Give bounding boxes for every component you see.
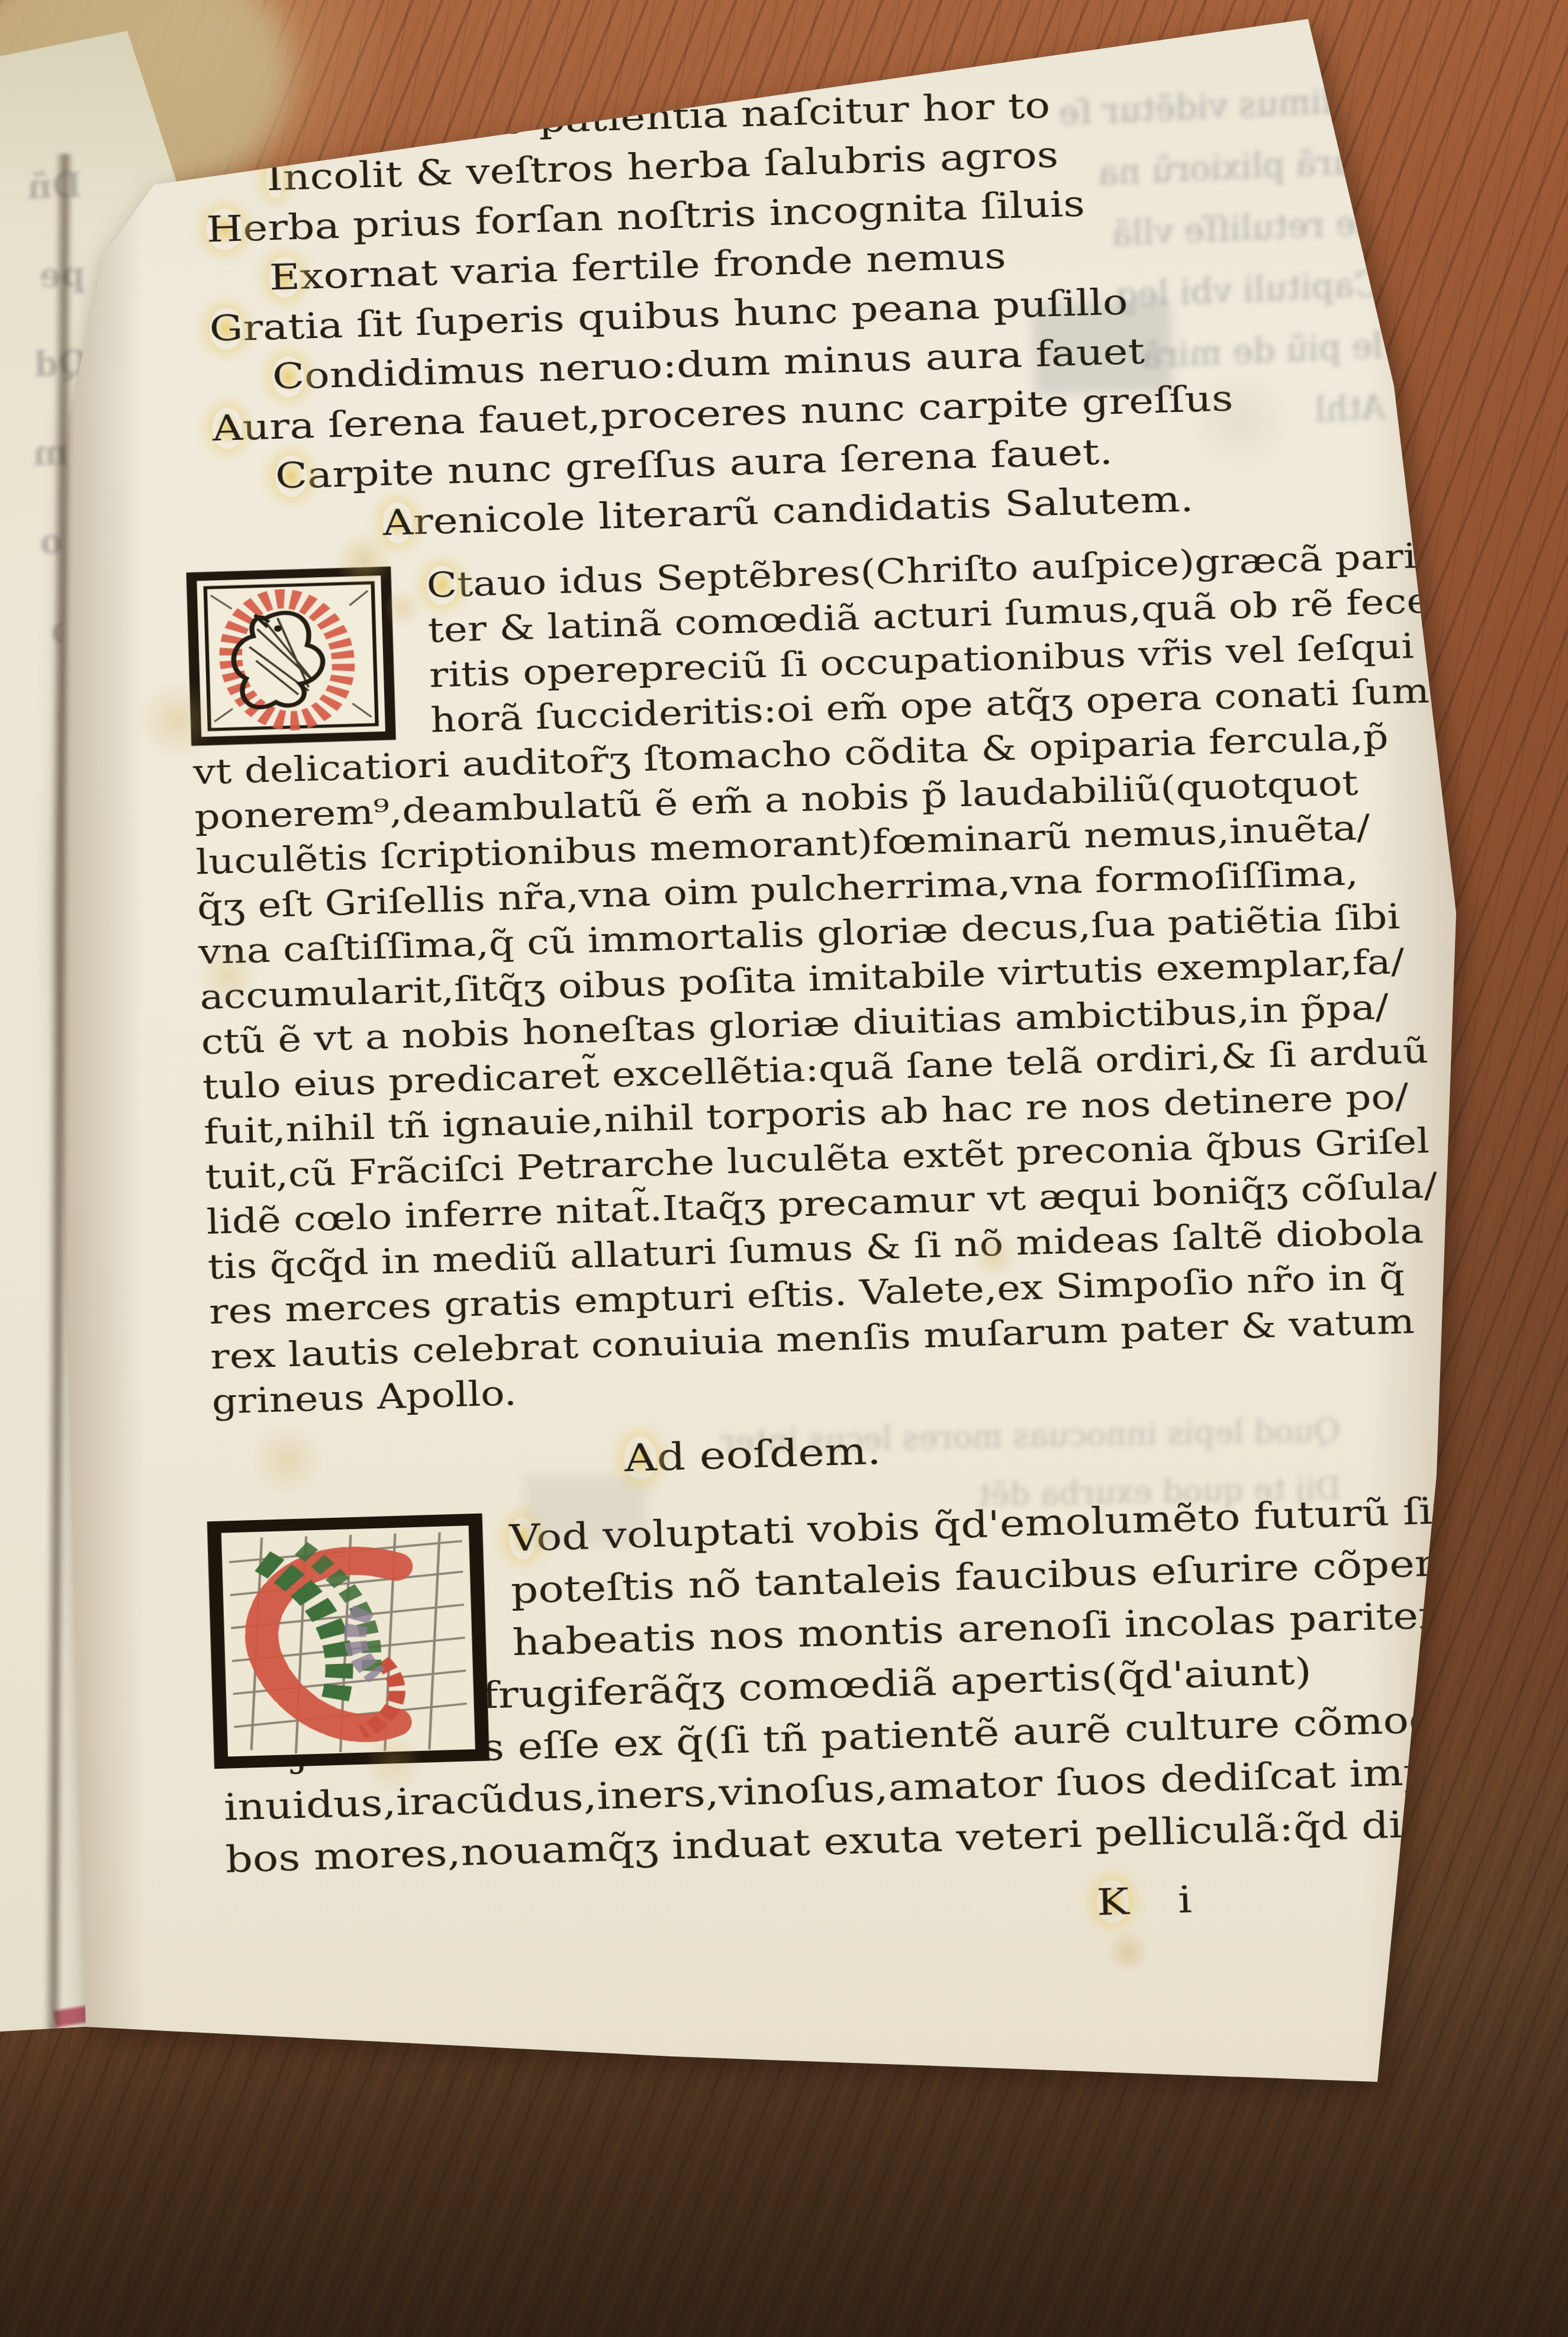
woodcut-initial-O <box>183 568 409 722</box>
yellow-wash-capital: G <box>209 308 244 350</box>
yellow-wash-capital: C <box>272 356 305 398</box>
yellow-wash-capital: A <box>382 501 414 543</box>
quire-signature: Ki <box>1096 1872 1373 1924</box>
yellow-wash-capital: C <box>426 565 458 605</box>
section-heading-ad-eosdem: Ad eoſdem. <box>624 1416 1360 1480</box>
letter-to-candidates: Ctauo idus Septẽbres(Chriſto auſpice)græ… <box>187 536 1357 1425</box>
yellow-wash-capital: E <box>269 256 301 299</box>
printed-text-column: Aurea iã noſtro patientia naſcitur hor t… <box>173 73 1353 1950</box>
yellow-wash-capital: C <box>275 455 308 498</box>
yellow-wash-capital: A <box>212 407 243 449</box>
yellow-wash-capital: K <box>1096 1879 1130 1924</box>
woodcut-initial-Q <box>206 1516 495 1677</box>
yellow-wash-capital: A <box>203 109 234 151</box>
yellow-wash-capital: V <box>509 1517 537 1560</box>
yellow-wash-capital: H <box>206 208 244 251</box>
yellow-wash-capital: I <box>266 157 284 199</box>
yellow-wash-capital: A <box>624 1436 658 1481</box>
book-page: velimus vidẽtur ſeaurã plixiorũ nane ret… <box>33 7 1465 2106</box>
photo-of-incunable-page: { "colors":{ "paper":"#efe9d9","ink":"#2… <box>0 0 1568 2337</box>
book-page-wrap: velimus vidẽtur ſeaurã plixiorũ nane ret… <box>33 7 1465 2106</box>
dedicatory-verse: Aurea iã noſtro patientia naſcitur hor t… <box>173 73 1332 554</box>
second-letter: Vod voluptati vobis q̃d'emolumẽto futurũ… <box>215 1488 1371 1887</box>
